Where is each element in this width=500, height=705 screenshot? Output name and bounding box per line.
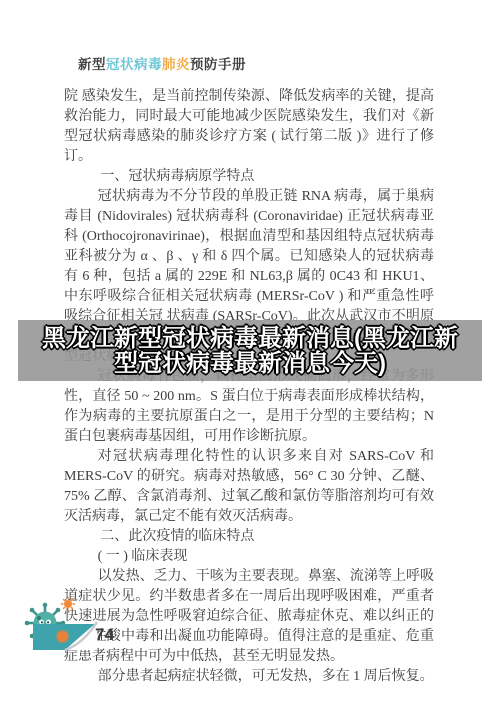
paragraph: 部分患者起病症状轻微，可无发热，多在 1 周后恢复。 — [64, 667, 434, 687]
page-curl-icon — [63, 620, 99, 652]
header-title-segment: 预防手册 — [190, 57, 246, 72]
section-heading: 二、此次疫情的临床特点 — [64, 527, 434, 547]
page-number: 74 — [95, 625, 114, 645]
section-heading: 一、冠状病毒病原学特点 — [64, 167, 434, 187]
watermark-banner: 黑龙江新型冠状病毒最新消息(黑龙江新型冠状病毒最新消息今天) — [18, 320, 482, 381]
watermark-text: 黑龙江新型冠状病毒最新消息(黑龙江新型冠状病毒最新消息今天) — [40, 326, 460, 376]
page-header: 新型冠状病毒肺炎预防手册 — [78, 53, 246, 73]
sun-icon — [62, 598, 75, 611]
header-title-segment: 肺炎 — [162, 57, 190, 72]
paragraph: 对冠状病毒理化特性的认识多来自对 SARS-CoV 和 MERS-CoV 的研究… — [64, 447, 434, 527]
paragraph: 院 感染发生，是当前控制传染源、降低发病率的关键，提高救治能力，同时最大可能地减… — [64, 87, 434, 167]
header-title-segment: 冠状病毒 — [106, 57, 162, 72]
header-title-segment: 新型 — [78, 57, 106, 72]
body-text: 院 感染发生，是当前控制传染源、降低发病率的关键，提高救治能力，同时最大可能地减… — [64, 87, 434, 687]
paragraph: 以发热、乏力、干咳为主要表现。鼻塞、流涕等上呼吸道症状少见。约半数患者多在一周后… — [64, 567, 434, 667]
book-page: 新型冠状病毒肺炎预防手册 院 感染发生，是当前控制传染源、降低发病率的关键，提高… — [0, 0, 500, 705]
section-heading: ( 一 ) 临床表现 — [64, 547, 434, 567]
